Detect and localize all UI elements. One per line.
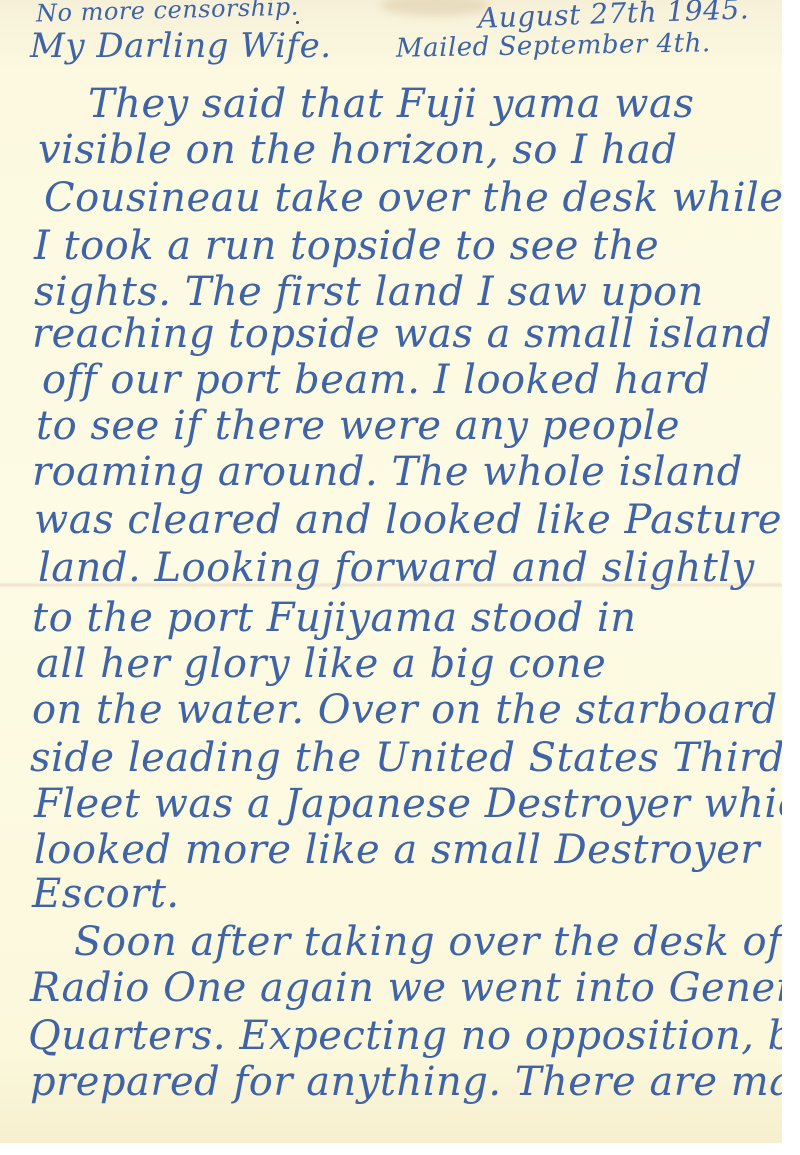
letter-line: was cleared and looked like Pasture [34, 496, 782, 544]
letter-line: to the port Fujiyama stood in [32, 594, 636, 642]
letter-line: to see if there were any people [36, 402, 680, 450]
letter-line: visible on the horizon, so I had [38, 126, 677, 174]
letter-line: on the water. Over on the starboard [32, 686, 778, 734]
letter-line: Fleet was a Japanese Destroyer which [34, 780, 782, 828]
letter-line: off our port beam. I looked hard [42, 356, 710, 404]
letter-line: They said that Fuji yama was [88, 80, 694, 128]
letter-line: sights. The first land I saw upon [34, 268, 704, 316]
letter-line: all her glory like a big cone [36, 640, 606, 688]
salutation: My Darling Wife. [30, 22, 332, 70]
letter-line: Soon after taking over the desk of [74, 918, 782, 966]
letter-line: reaching topside was a small island [32, 310, 772, 358]
ink-speck [296, 21, 299, 24]
letter-line: land. Looking forward and slightly [38, 544, 755, 592]
letter-line: Quarters. Expecting no opposition, but [28, 1012, 782, 1060]
letter-page: No more censorship. August 27th 1945. My… [0, 0, 782, 1143]
letter-line: I took a run topside to see the [34, 222, 659, 270]
letter-line: side leading the United States Third [30, 734, 782, 782]
letter-line: Radio One again we went into General [30, 964, 782, 1012]
letter-line: Cousineau take over the desk while [44, 174, 782, 222]
letter-line: prepared for anything. There are many [30, 1058, 782, 1106]
letter-line: looked more like a small Destroyer [34, 826, 760, 874]
mailed-date: Mailed September 4th. [396, 29, 711, 62]
letter-line: Escort. [32, 870, 180, 918]
letter-line: roaming around. The whole island [32, 448, 743, 496]
